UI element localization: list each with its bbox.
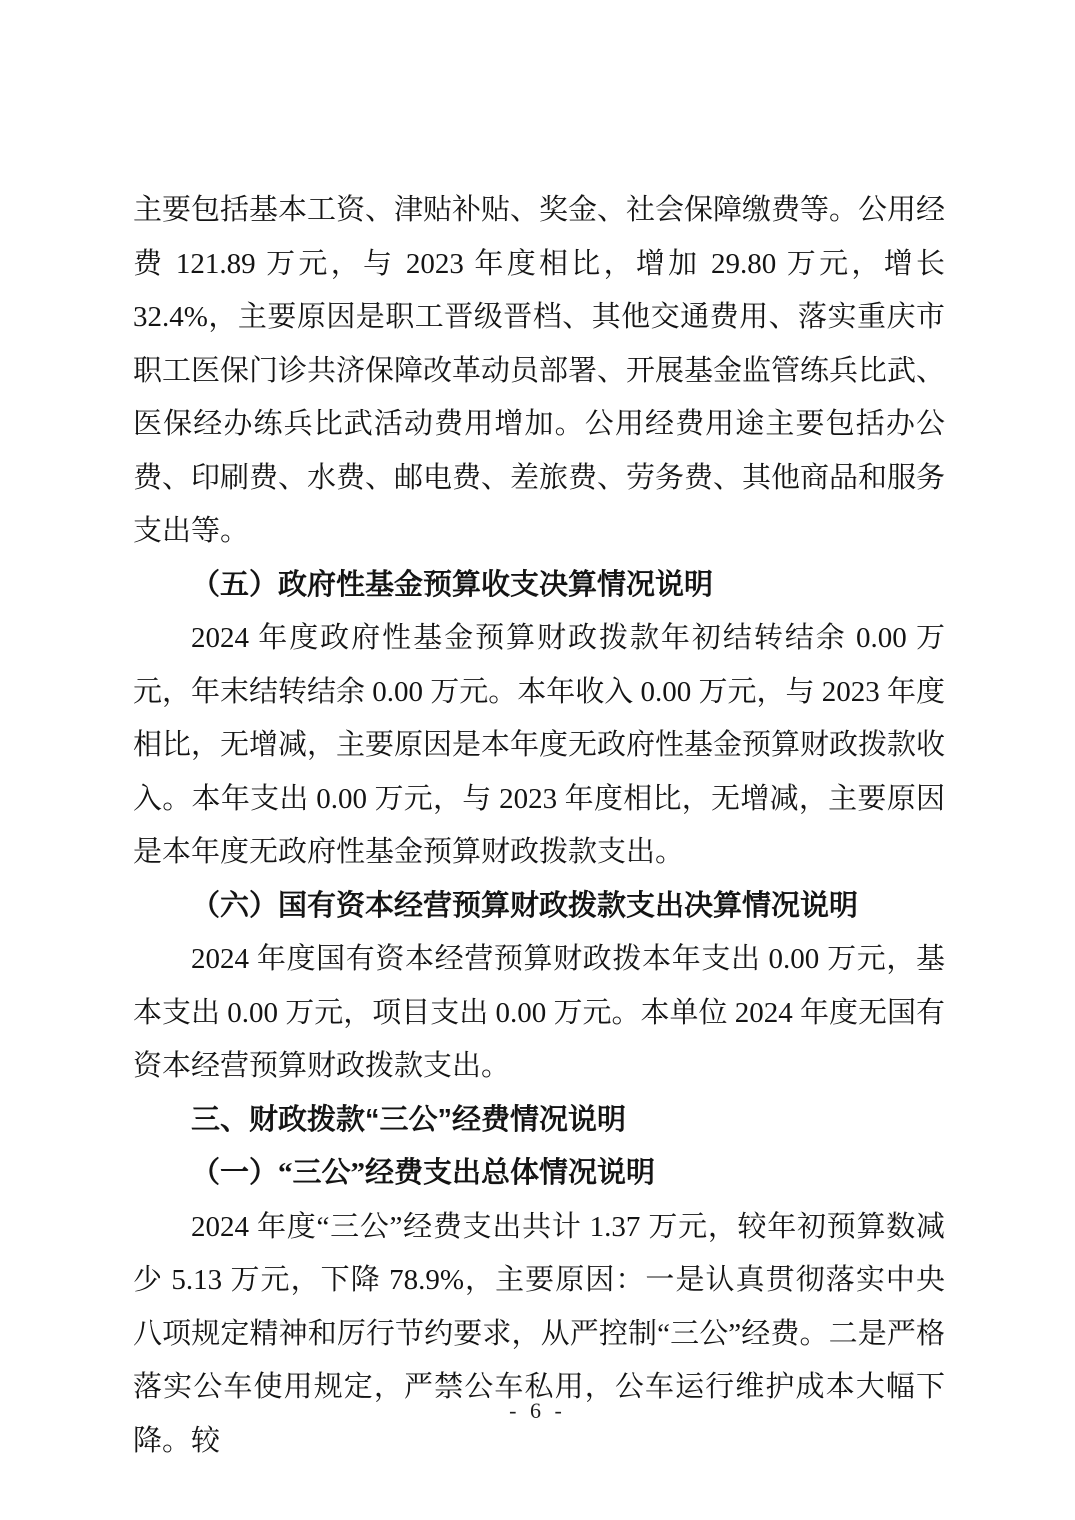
page-footer: - 6 - — [0, 1398, 1075, 1424]
document-page: 主要包括基本工资、津贴补贴、奖金、社会保障缴费等。公用经费 121.89 万元，… — [0, 0, 1075, 1520]
heading-section-5-gov-fund-budget: （五）政府性基金预算收支决算情况说明 — [133, 559, 945, 613]
paragraph-gov-fund-budget: 2024 年度政府性基金预算财政拨款年初结转结余 0.00 万元，年末结转结余 … — [133, 612, 945, 880]
heading-section-6-state-capital: （六）国有资本经营预算财政拨款支出决算情况说明 — [133, 880, 945, 934]
page-content: 主要包括基本工资、津贴补贴、奖金、社会保障缴费等。公用经费 121.89 万元，… — [133, 184, 945, 1468]
paragraph-public-expense-continuation: 主要包括基本工资、津贴补贴、奖金、社会保障缴费等。公用经费 121.89 万元，… — [133, 184, 945, 559]
heading-chapter-3-three-public-funds: 三、财政拨款“三公”经费情况说明 — [133, 1094, 945, 1148]
paragraph-three-public-expense: 2024 年度“三公”经费支出共计 1.37 万元，较年初预算数减少 5.13 … — [133, 1201, 945, 1469]
paragraph-state-capital: 2024 年度国有资本经营预算财政拨本年支出 0.00 万元，基本支出 0.00… — [133, 933, 945, 1094]
page-number: - 6 - — [509, 1398, 566, 1423]
heading-section-1-three-public-overview: （一）“三公”经费支出总体情况说明 — [133, 1147, 945, 1201]
